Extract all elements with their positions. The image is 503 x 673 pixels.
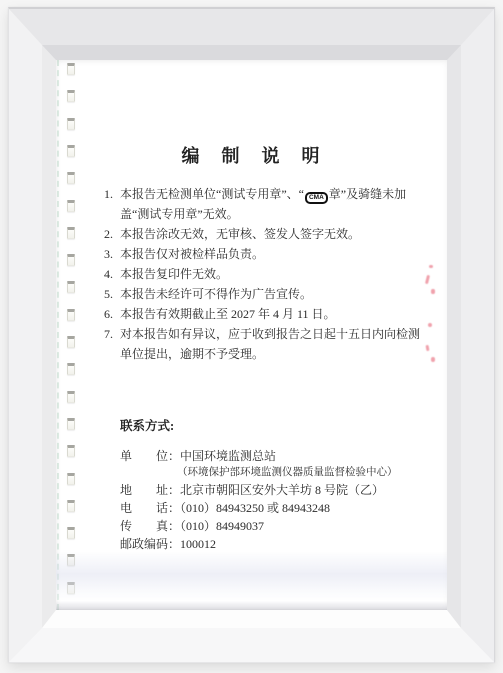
binding-tab (67, 254, 75, 266)
binding-tab (67, 554, 75, 566)
item-text: 对本报告如有异议，应于收到报告之日起十五日内向检测单位提出，逾期不予受理。 (120, 324, 425, 364)
binding-tab (67, 336, 75, 348)
binding-tab (67, 200, 75, 212)
framed-document-photo: 编 制 说 明 1.本报告无检测单位“测试专用章”、“CMA章”及骑缝未加盖“测… (0, 0, 503, 673)
contact-value: （010）84943250 或 84943248 (180, 501, 330, 515)
contact-value: 100012 (180, 537, 216, 551)
contact-row: 电 话：（010）84943250 或 84943248 (120, 500, 431, 516)
binding-tab (67, 118, 75, 130)
red-seal-fragments (425, 265, 437, 365)
cma-mark: CMA (305, 192, 328, 204)
seal-fragment (426, 345, 430, 351)
binding-tab (67, 172, 75, 184)
frame-bevel: 编 制 说 明 1.本报告无检测单位“测试专用章”、“CMA章”及骑缝未加盖“测… (42, 45, 461, 628)
contact-value: （010）84949037 (180, 519, 264, 533)
binding-holes (67, 60, 79, 610)
item-number: 1. (104, 184, 120, 224)
contact-value: 中国环境监测总站 (180, 449, 276, 463)
binding-tab (67, 309, 75, 321)
item-text: 本报告复印件无效。 (120, 264, 425, 284)
item-number: 4. (104, 264, 120, 284)
contact-row: 邮政编码：100012 (120, 536, 431, 552)
list-item: 6.本报告有效期截止至 2027 年 4 月 11 日。 (104, 304, 429, 324)
binding-tab (67, 145, 75, 157)
binding-tab (67, 473, 75, 485)
seal-fragment (425, 275, 430, 284)
seal-fragment (429, 265, 433, 268)
list-item: 3.本报告仅对被检样品负责。 (104, 244, 429, 264)
document-page: 编 制 说 明 1.本报告无检测单位“测试专用章”、“CMA章”及骑缝未加盖“测… (56, 60, 447, 610)
list-item: 2.本报告涂改无效，无审核、签发人签字无效。 (104, 224, 429, 244)
binding-tab (67, 500, 75, 512)
contact-row: 传 真：（010）84949037 (120, 518, 431, 534)
binding-tab (67, 418, 75, 430)
frame-face: 编 制 说 明 1.本报告无检测单位“测试专用章”、“CMA章”及骑缝未加盖“测… (9, 9, 494, 662)
contact-list: 单 位：中国环境监测总站（环境保护部环境监测仪器质量监督检验中心）地 址：北京市… (120, 448, 431, 552)
item-number: 7. (104, 324, 120, 364)
item-text: 本报告有效期截止至 2027 年 4 月 11 日。 (120, 304, 425, 324)
binding-tab (67, 391, 75, 403)
item-number: 6. (104, 304, 120, 324)
binding-tab (67, 63, 75, 75)
item-text: 本报告未经许可不得作为广告宣传。 (120, 284, 425, 304)
binding-tab (67, 227, 75, 239)
binding-tab (67, 90, 75, 102)
list-item: 1.本报告无检测单位“测试专用章”、“CMA章”及骑缝未加盖“测试专用章”无效。 (104, 184, 429, 224)
item-number: 5. (104, 284, 120, 304)
binding-tab (67, 582, 75, 594)
list-item: 7.对本报告如有异议，应于收到报告之日起十五日内向检测单位提出，逾期不予受理。 (104, 324, 429, 364)
contact-label: 单 位： (120, 449, 180, 463)
item-text: 本报告涂改无效，无审核、签发人签字无效。 (120, 224, 425, 244)
list-item: 5.本报告未经许可不得作为广告宣传。 (104, 284, 429, 304)
item-text: 本报告无检测单位“测试专用章”、“CMA章”及骑缝未加盖“测试专用章”无效。 (120, 184, 425, 224)
contact-row: 单 位：中国环境监测总站 (120, 448, 431, 464)
contact-row: （环境保护部环境监测仪器质量监督检验中心） (120, 466, 431, 480)
contact-heading: 联系方式: (120, 416, 447, 434)
contact-label: 电 话： (120, 501, 180, 515)
contact-row: 地 址：北京市朝阳区安外大羊坊 8 号院（乙） (120, 482, 431, 498)
list-item: 4.本报告复印件无效。 (104, 264, 429, 284)
contact-label: 地 址： (120, 483, 180, 497)
notes-list: 1.本报告无检测单位“测试专用章”、“CMA章”及骑缝未加盖“测试专用章”无效。… (104, 184, 429, 364)
contact-value: 北京市朝阳区安外大羊坊 8 号院（乙） (180, 483, 384, 497)
picture-frame: 编 制 说 明 1.本报告无检测单位“测试专用章”、“CMA章”及骑缝未加盖“测… (8, 7, 495, 663)
seal-fragment (431, 289, 435, 294)
item-number: 2. (104, 224, 120, 244)
seal-fragment (431, 357, 435, 362)
contact-label: 邮政编码： (120, 537, 180, 551)
seal-fragment (428, 323, 432, 327)
contact-value: （环境保护部环境监测仪器质量监督检验中心） (177, 467, 398, 478)
binding-tab (67, 445, 75, 457)
item-text: 本报告仅对被检样品负责。 (120, 244, 425, 264)
page-bottom-shade (56, 551, 447, 610)
binding-tab (67, 527, 75, 539)
binding-tab (67, 281, 75, 293)
binding-tab (67, 363, 75, 375)
page-title: 编 制 说 明 (56, 142, 447, 168)
contact-label: 传 真： (120, 519, 180, 533)
item-number: 3. (104, 244, 120, 264)
